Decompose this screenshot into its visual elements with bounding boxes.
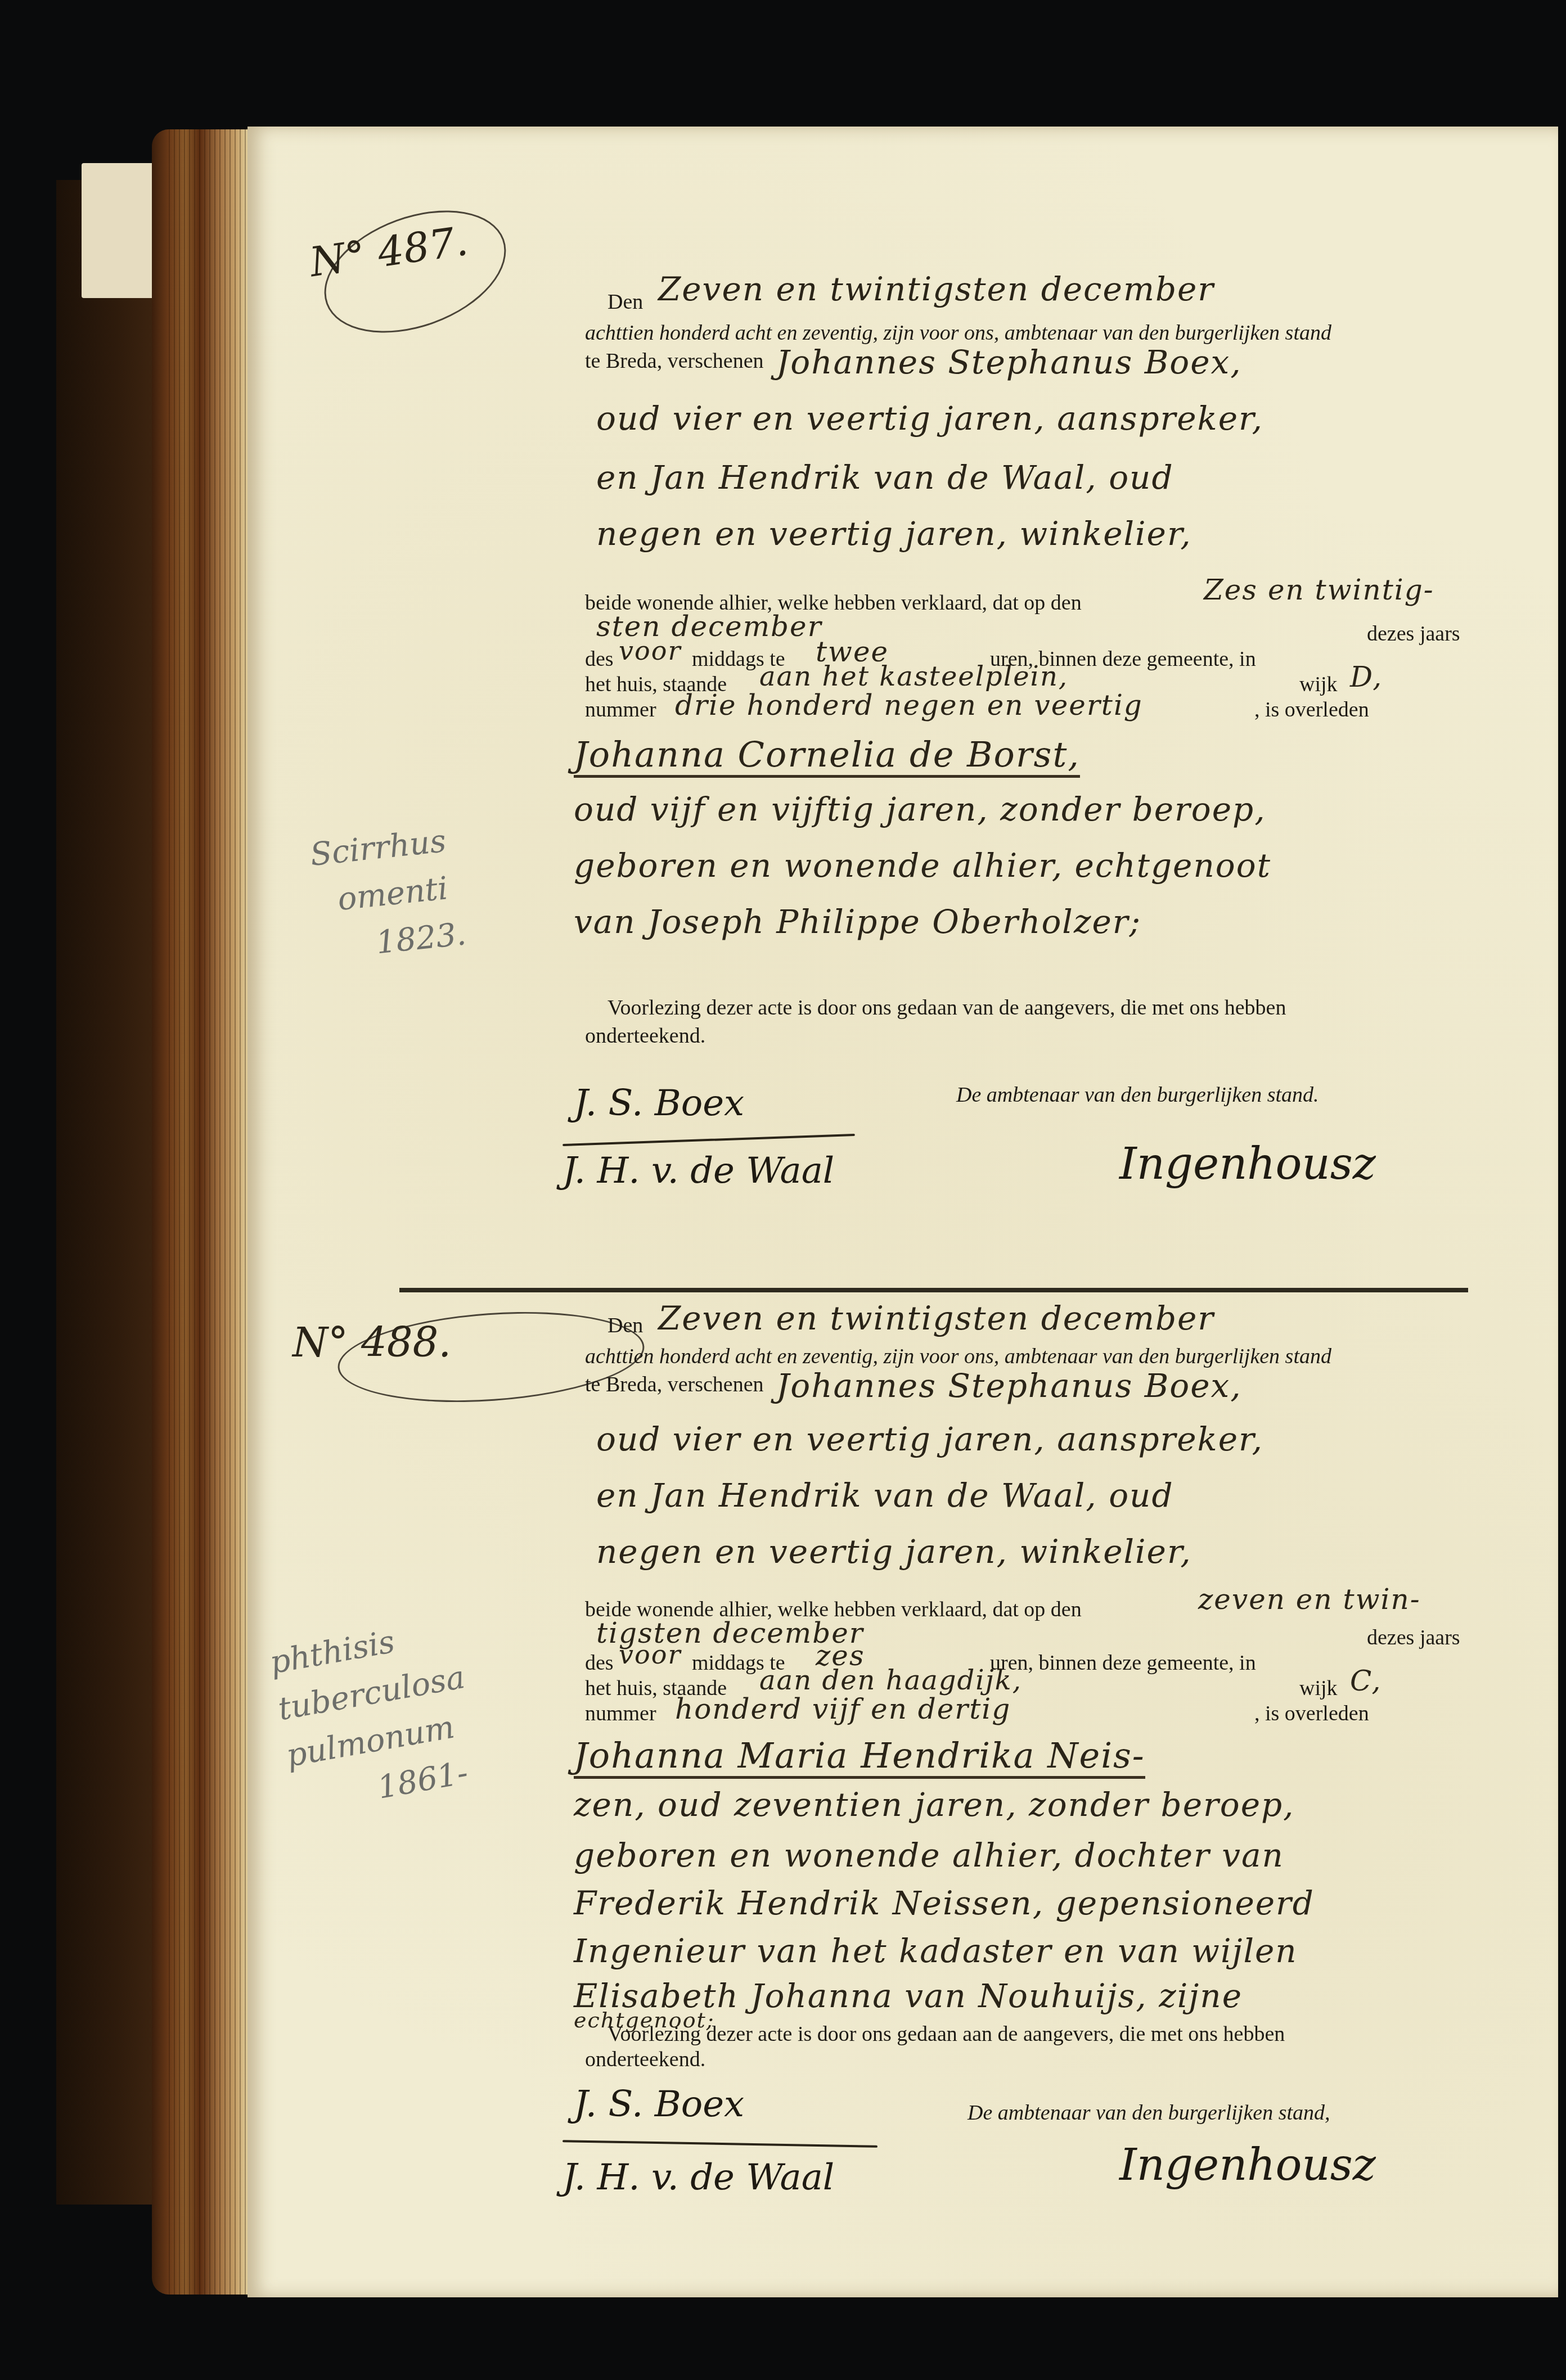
- declarant-line-3: negen en veertig jaren, winkelier,: [596, 515, 1192, 553]
- closing-line-1: Voorlezing dezer acte is door ons gedaan…: [607, 995, 1286, 1020]
- signature-declarant-1: J. S. Boex: [574, 1083, 744, 1124]
- book-binding-shadow: [56, 180, 157, 2205]
- printed-des: des: [585, 1651, 614, 1675]
- official-label: De ambtenaar van den burgerlijken stand,: [967, 2100, 1330, 2125]
- deceased-line-3: van Joseph Philippe Oberholzer;: [574, 903, 1141, 941]
- signature-declarant-1: J. S. Boex: [574, 2084, 744, 2125]
- signature-declarant-2: J. H. v. de Waal: [562, 2157, 834, 2198]
- official-label: De ambtenaar van den burgerlijken stand.: [956, 1083, 1318, 1107]
- page-edge-lines: [169, 129, 247, 2295]
- death-day-a: zeven en twin-: [1198, 1583, 1421, 1616]
- printed-den: Den: [607, 1313, 643, 1338]
- deceased-line-2: geboren en wonende alhier, dochter van: [574, 1836, 1284, 1874]
- signature-underline: [562, 1134, 855, 1146]
- printed-is-overleden: , is overleden: [1254, 697, 1369, 722]
- closing-line-1: Voorlezing dezer acte is door ons gedaan…: [607, 2022, 1285, 2047]
- signature-official: Ingenhousz: [1119, 1139, 1376, 1189]
- printed-den: Den: [607, 290, 643, 314]
- death-location: aan den haagdijk,: [759, 1665, 1022, 1696]
- printed-te-breda: te Breda, verschenen: [585, 1372, 764, 1397]
- declarant-name: Johannes Stephanus Boex,: [776, 1367, 1242, 1405]
- house-number: drie honderd negen en veertig: [675, 689, 1143, 722]
- printed-year-line: achttien honderd acht en zeventig, zijn …: [585, 321, 1331, 345]
- declarant-line-2: en Jan Hendrik van de Waal, oud: [596, 1476, 1174, 1514]
- declarant-line-1: oud vier en veertig jaren, aanspreker,: [596, 399, 1263, 438]
- record-date: Zeven en twintigsten december: [658, 270, 1214, 308]
- house-number: honderd vijf en dertig: [675, 1693, 1011, 1725]
- deceased-line-1: zen, oud zeventien jaren, zonder beroep,: [574, 1786, 1295, 1824]
- deceased-line-2: geboren en wonende alhier, echtgenoot: [574, 846, 1271, 885]
- printed-is-overleden: , is overleden: [1254, 1701, 1369, 1726]
- wijk-letter: D,: [1350, 661, 1383, 693]
- death-day-a: Zes en twintig-: [1204, 574, 1434, 606]
- printed-nummer: nummer: [585, 1701, 656, 1726]
- printed-dezes-jaars: dezes jaars: [1367, 1625, 1460, 1650]
- printed-year-line: achttien honderd acht en zeventig, zijn …: [585, 1344, 1331, 1369]
- printed-wijk: wijk: [1299, 1676, 1338, 1701]
- bookmark-tab: [82, 163, 160, 298]
- closing-line-2: onderteekend.: [585, 2047, 705, 2072]
- signature-official: Ingenhousz: [1119, 2140, 1376, 2190]
- declarant-name: Johannes Stephanus Boex,: [776, 343, 1242, 381]
- voor-na: voor: [619, 635, 681, 666]
- death-location: aan het kasteelplein,: [759, 661, 1068, 692]
- declarant-line-2: en Jan Hendrik van de Waal, oud: [596, 458, 1174, 497]
- deceased-name: Johanna Maria Hendrika Neis-: [574, 1735, 1145, 1779]
- margin-cause-of-death-note: Scirrhus omenti 1823.: [308, 817, 469, 973]
- deceased-name: Johanna Cornelia de Borst,: [574, 734, 1080, 778]
- deceased-line-1: oud vijf en vijftig jaren, zonder beroep…: [574, 790, 1266, 828]
- declarant-line-3: negen en veertig jaren, winkelier,: [596, 1532, 1192, 1571]
- register-page: N° 487. Den Zeven en twintigsten decembe…: [247, 127, 1558, 2297]
- record-date: Zeven en twintigsten december: [658, 1299, 1214, 1337]
- printed-uren: uren, binnen deze gemeente, in: [990, 1651, 1256, 1675]
- entry-number: N° 488.: [292, 1319, 451, 1366]
- printed-dezes-jaars: dezes jaars: [1367, 621, 1460, 646]
- printed-nummer: nummer: [585, 697, 656, 722]
- wijk-letter: C,: [1350, 1665, 1381, 1697]
- deceased-line-3: Frederik Hendrik Neissen, gepensioneerd: [574, 1884, 1315, 1922]
- margin-cause-of-death-note: phthisis tuberculosa pulmonum 1861-: [266, 1607, 485, 1826]
- printed-des: des: [585, 647, 614, 671]
- record-divider: [399, 1288, 1468, 1292]
- deceased-line-4: Ingenieur van het kadaster en van wijlen: [574, 1932, 1298, 1970]
- closing-line-2: onderteekend.: [585, 1024, 705, 1048]
- printed-wijk: wijk: [1299, 672, 1338, 697]
- printed-te-breda: te Breda, verschenen: [585, 349, 764, 373]
- signature-underline: [562, 2140, 877, 2148]
- declarant-line-1: oud vier en veertig jaren, aanspreker,: [596, 1420, 1263, 1458]
- voor-na: voor: [619, 1639, 681, 1670]
- signature-declarant-2: J. H. v. de Waal: [562, 1150, 834, 1192]
